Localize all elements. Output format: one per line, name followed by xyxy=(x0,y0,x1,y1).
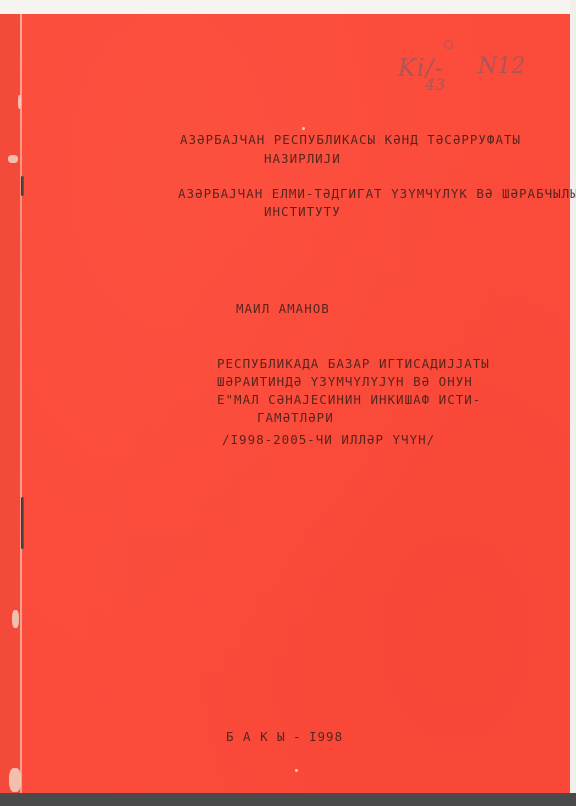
title-line-3: Е"МАЛ СӘНАЈЕСИНИН ИНКИШАФ ИСТИ- xyxy=(217,392,481,407)
imprint-city: Б А К Ы xyxy=(226,729,286,744)
institute-line-1: АЗӘРБАЈЧАН ЕЛМИ-ТӘДГИГАТ ҮЗҮМЧҮЛҮК ВӘ ШӘ… xyxy=(178,186,576,201)
paper-speck xyxy=(295,769,298,772)
handwritten-catalog-subscript: 43 xyxy=(425,75,445,94)
handwritten-degree-mark xyxy=(444,40,453,49)
cover-spine-fold xyxy=(0,14,20,793)
paper-wear-mark xyxy=(8,155,18,163)
title-line-2: ШӘРАИТИНДӘ ҮЗҮМЧҮЛҮЈҮН ВӘ ОНУН xyxy=(217,374,473,389)
scan-right-margin xyxy=(570,0,576,793)
paper-wear-mark xyxy=(18,95,21,109)
spine-crease xyxy=(20,14,22,793)
paper-speck xyxy=(302,127,305,130)
imprint-separator: - xyxy=(293,729,302,744)
title-line-4: ГАМӘТЛӘРИ xyxy=(257,410,334,425)
viewer-bottom-bar xyxy=(0,793,576,806)
ministry-line-1: АЗӘРБАЈЧАН РЕСПУБЛИКАСЫ КӘНД ТӘСӘРРУФАТЫ xyxy=(180,132,521,147)
paper-wear-mark xyxy=(12,610,19,628)
title-line-1: РЕСПУБЛИКАДА БАЗАР ИГТИСАДИЈЈАТЫ xyxy=(217,356,490,371)
staple-top xyxy=(21,176,24,196)
handwritten-catalog-number: N12 xyxy=(478,54,525,79)
institute-line-2: ИНСТИТУТУ xyxy=(264,204,341,219)
ministry-line-2: НАЗИРЛИЈИ xyxy=(264,151,341,166)
scan-top-margin xyxy=(0,0,576,15)
staple-bottom xyxy=(21,497,24,549)
title-years: /I998-2005-ЧИ ИЛЛӘР ҮЧҮН/ xyxy=(222,432,435,447)
author-name: МАИЛ АМАНОВ xyxy=(236,301,330,316)
imprint-year: I998 xyxy=(309,729,343,744)
paper-wear-mark xyxy=(9,768,21,792)
